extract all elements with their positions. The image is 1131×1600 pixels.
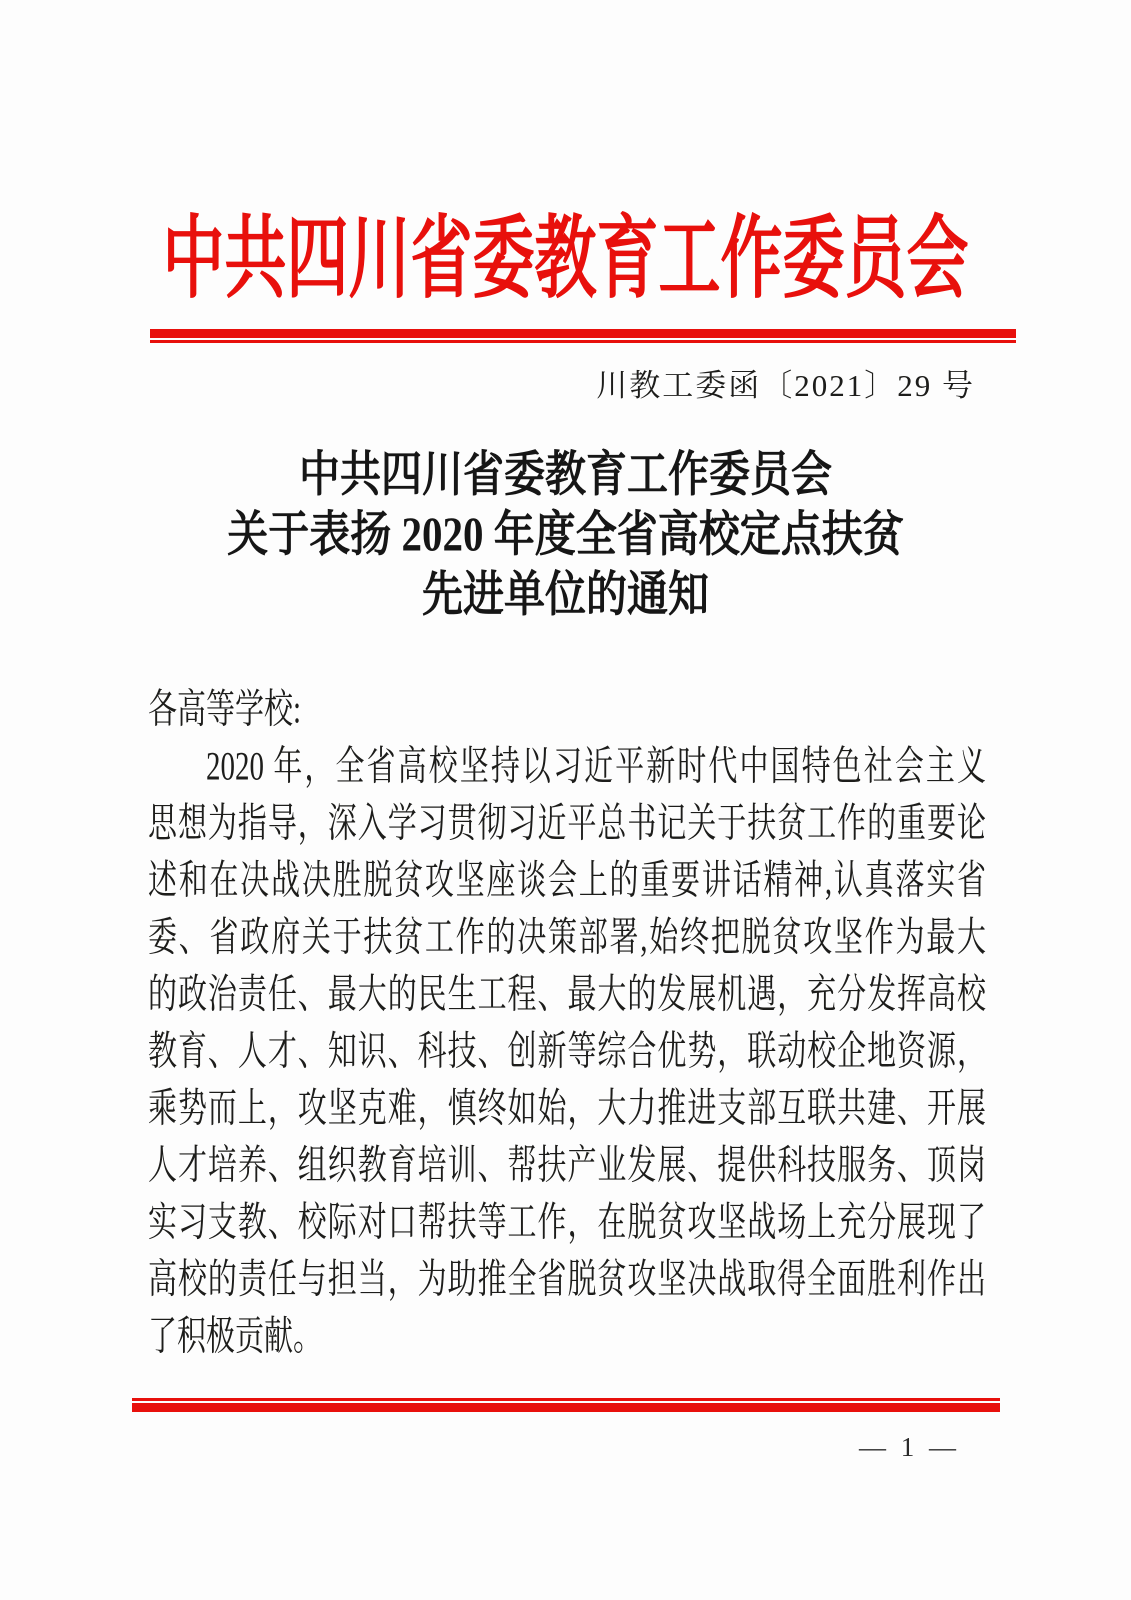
letterhead-rule	[150, 329, 1016, 343]
rule-thick-band	[150, 329, 1016, 338]
rule-thin-band	[150, 340, 1016, 343]
document-page: 中共四川省委教育工作委员会 川教工委函〔2021〕29 号 中共四川省委教育工作…	[0, 0, 1131, 1600]
document-title: 中共四川省委教育工作委员会 关于表扬 2020 年度全省高校定点扶贫 先进单位的…	[0, 444, 1131, 624]
document-body: 各高等学校: 2020 年，全省高校坚持以习近平新时代中国特色社会主义 思想为指…	[148, 682, 986, 1366]
title-line-3: 先进单位的通知	[0, 559, 1131, 630]
rule-thick-band	[132, 1403, 1000, 1412]
page-number: — 1 —	[859, 1432, 960, 1463]
body-line-last: 了积极贡献。	[148, 1298, 986, 1378]
footer-rule	[132, 1398, 1000, 1412]
document-number: 川教工委函〔2021〕29 号	[596, 360, 975, 405]
